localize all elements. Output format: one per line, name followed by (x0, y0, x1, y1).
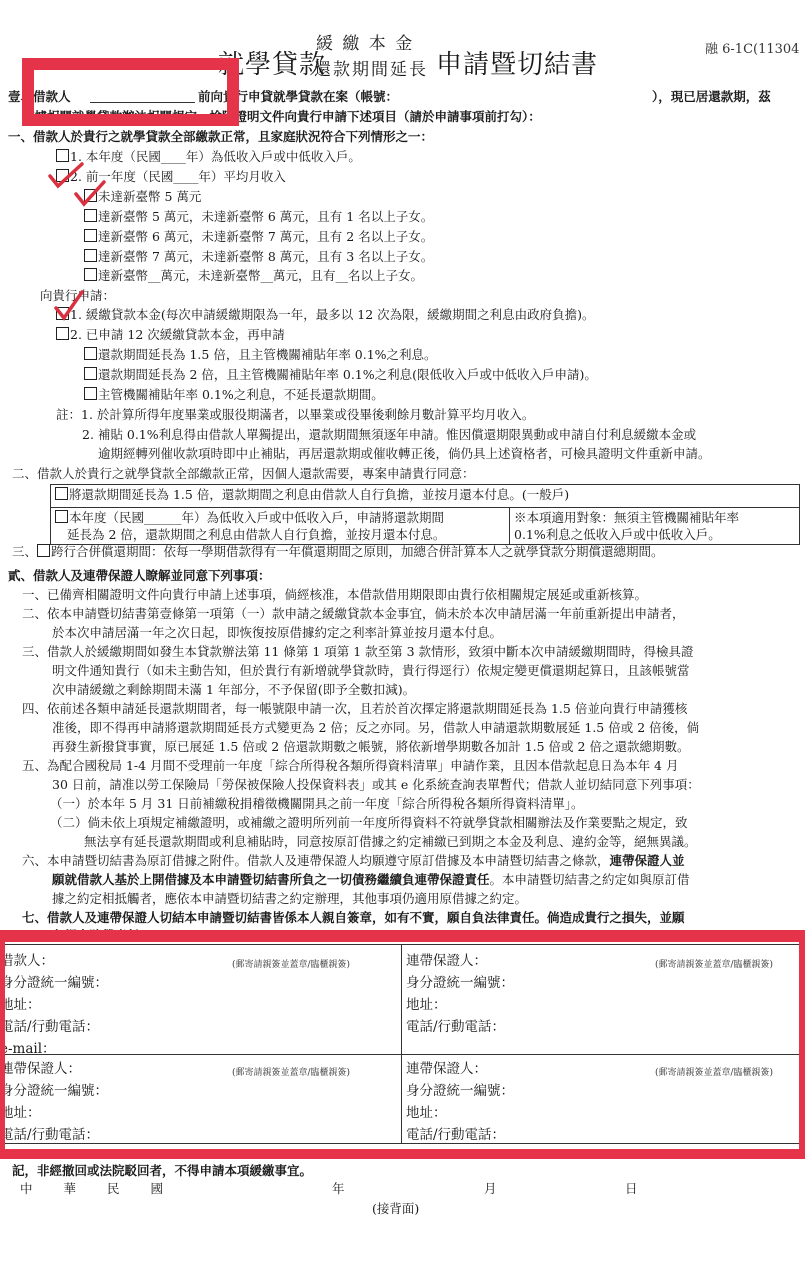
part2-line: （二）倘未依上項規定補繳證明，或補繳之證明所列前一年度所得資料不符就學貸款相關辦… (50, 814, 688, 832)
part2-line: 無法享有延長還款期間或利息補貼時，同意按原訂借據之約定補繳已到期之本金及利息、違… (84, 833, 697, 851)
part2-line: 准後，即不得再申請將還款期間延長方式變更為 2 倍；反之亦同。另，借款人申請還款… (52, 719, 699, 737)
part2-line: 次申請緩繳之剩餘期間未滿 1 年部分，不予保留(即予全數扣減)。 (52, 681, 415, 699)
title-bottom: 還款期間延長 (314, 60, 428, 80)
note-2: 2. 補貼 0.1%利息得由借款人單獨提出，還款期間無須逐年申請。惟因償還期限異… (82, 426, 696, 444)
form-code: 融 6-1C(11304 (705, 38, 799, 57)
checkmark-icon (72, 178, 108, 208)
highlight-box-signatures (0, 930, 805, 1159)
section1-item-1[interactable]: 1. 本年度（民國____年）為低收入戶或中低收入戶。 (56, 148, 361, 166)
checkbox[interactable] (84, 209, 97, 222)
date-year: 年 (332, 1180, 345, 1198)
extend-option-1[interactable]: 還款期間延長為 1.5 倍，且主管機關補貼年率 0.1%之利息。 (84, 346, 437, 364)
section2-note: ※本項適用對象：無須主管機關補貼年率0.1%利息之低收入戶或中低收入戶。 (510, 508, 800, 545)
part2-line: 30 日前，請准以勞工保險局「勞保被保險人投保資料表」或其 e 化系統查詢表單暫… (52, 776, 700, 794)
part2-line-6: 六、本申請暨切結書為原訂借據之附件。借款人及連帶保證人均願遵守原訂借據及本申請暨… (22, 852, 685, 870)
date-day: 日 (625, 1180, 638, 1198)
checkbox[interactable] (37, 544, 50, 557)
checkbox[interactable] (84, 229, 97, 242)
checkbox[interactable] (55, 487, 68, 500)
checkbox[interactable] (84, 367, 97, 380)
section1-heading: 一、借款人於貴行之就學貸款全部繳款正常，且家庭狀況符合下列情形之一： (8, 128, 433, 146)
apply-item-1[interactable]: 1. 緩繳貸款本金(每次申請緩繳期限為一年，最多以 12 次為限，緩繳期間之利息… (56, 306, 595, 324)
part2-line: 一、已備齊相關證明文件向貴行申請上述事項，倘經核准，本借款借用期限即由貴行依相關… (22, 586, 647, 604)
continue-back: (接背面) (372, 1200, 419, 1218)
checkbox[interactable] (55, 510, 68, 523)
extend-option-2[interactable]: 還款期間延長為 2 倍，且主管機關補貼年率 0.1%之利息(限低收入戶或中低收入… (84, 366, 597, 384)
part2-line: 二、依本申請暨切結書第壹條第一項第（一）款申請之緩繳貸款本金事宜，倘未於本次申請… (22, 605, 685, 623)
note-1: 註：1. 於計算所得年度畢業或服役期滿者，以畢業或役畢後剩餘月數計算平均月收入。 (56, 406, 534, 424)
intro-end: ），現已居還款期，茲 (652, 88, 771, 106)
part2-line: 明文件通知貴行（如未主動告知，但於貴行有新增就學貸款時，貴行得逕行）依規定變更償… (52, 662, 690, 680)
checkbox[interactable] (84, 347, 97, 360)
section2-table: 將還款期間延長為 1.5 倍，還款期間之利息由借款人自行負擔，並按月還本付息。(… (50, 484, 800, 545)
part2-line-7: 七、借款人及連帶保證人切結本申請暨切結書皆係本人親自簽章，如有不實，願自負法律責… (22, 909, 685, 927)
title-top: 緩 繳 本 金 (316, 34, 414, 54)
income-option-4[interactable]: 達新臺幣 7 萬元，未達新臺幣 8 萬元，且有 3 名以上子女。 (84, 248, 433, 266)
section2-heading: 二、借款人於貴行之就學貸款全部繳款正常，因個人還款需要，專案申請貴行同意： (12, 465, 475, 483)
part2-line: （一）於本年 5 月 31 日前補繳稅捐稽徵機關開具之前一年度「綜合所得稅各類所… (50, 795, 584, 813)
income-option-3[interactable]: 達新臺幣 6 萬元，未達新臺幣 7 萬元，且有 2 名以上子女。 (84, 228, 433, 246)
part2-line: 四、依前述各類申請延長還款期間者，每一帳號限申請一次，且若於首次擇定將還款期間延… (22, 700, 687, 718)
part2-line: 五、為配合國稅局 1-4 月間不受理前一年度「綜合所得稅各類所得資料清單」申請作… (22, 757, 678, 775)
income-option-5[interactable]: 達新臺幣__萬元，未達新臺幣__萬元，且有__名以上子女。 (84, 267, 423, 285)
highlight-box-borrower (22, 58, 239, 126)
part2-line: 三、借款人於緩繳期間如發生本貸款辦法第 11 條第 1 項第 1 款至第 3 款… (22, 643, 694, 661)
checkmark-icon (52, 290, 88, 324)
checkbox[interactable] (56, 327, 69, 340)
income-option-2[interactable]: 達新臺幣 5 萬元，未達新臺幣 6 萬元，且有 1 名以上子女。 (84, 208, 433, 226)
checkbox[interactable] (84, 387, 97, 400)
date-month: 月 (484, 1180, 497, 1198)
section2-option-2[interactable]: 本年度（民國______年）為低收入戶或中低收入戶，申請將還款期間延長為 2 倍… (51, 508, 510, 545)
apply-item-2[interactable]: 2. 已申請 12 次緩繳貸款本金，再申請 (56, 326, 285, 344)
part2-line-6c: 據之約定相抵觸者，應依本申請暨切結書之約定辦理，其他事項仍適用原借據之約定。 (52, 890, 527, 908)
checkbox[interactable] (84, 249, 97, 262)
note-2-cont: 逾期經轉列催收款項時即中止補貼，再居還款期或催收轉正後，倘仍具上述資格者，可檢具… (98, 445, 711, 463)
part2-line: 於本次申請居滿一年之次日起，即恢復按原借據約定之利率計算並按月還本付息。 (52, 624, 502, 642)
part2-line: 再發生新撥貸事實，原已展延 1.5 倍或 2 倍還款期數之帳號，將依新增學期數各… (52, 738, 689, 756)
section3[interactable]: 三、跨行合併償還期間：依每一學期借款得有一年償還期間之原則，加總合併計算本人之就… (12, 543, 664, 561)
extend-option-3[interactable]: 主管機關補貼年率 0.1%之利息，不延長還款期間。 (84, 386, 384, 404)
part2-line-6b: 願就借款人基於上開借據及本申請暨切結書所負之一切債務繼續負連帶保證責任。本申請暨… (52, 871, 690, 889)
part2-heading: 貳、借款人及連帶保證人瞭解並同意下列事項： (8, 567, 271, 585)
footer-notice: 記，非經撤回或法院駁回者，不得申請本項緩繳事宜。 (12, 1162, 312, 1180)
section2-option-1[interactable]: 將還款期間延長為 1.5 倍，還款期間之利息由借款人自行負擔，並按月還本付息。(… (51, 485, 800, 508)
title-right: 申請暨切結書 (436, 44, 598, 81)
date-roc: 中 華 民 國 (20, 1180, 165, 1198)
checkbox[interactable] (84, 268, 97, 281)
